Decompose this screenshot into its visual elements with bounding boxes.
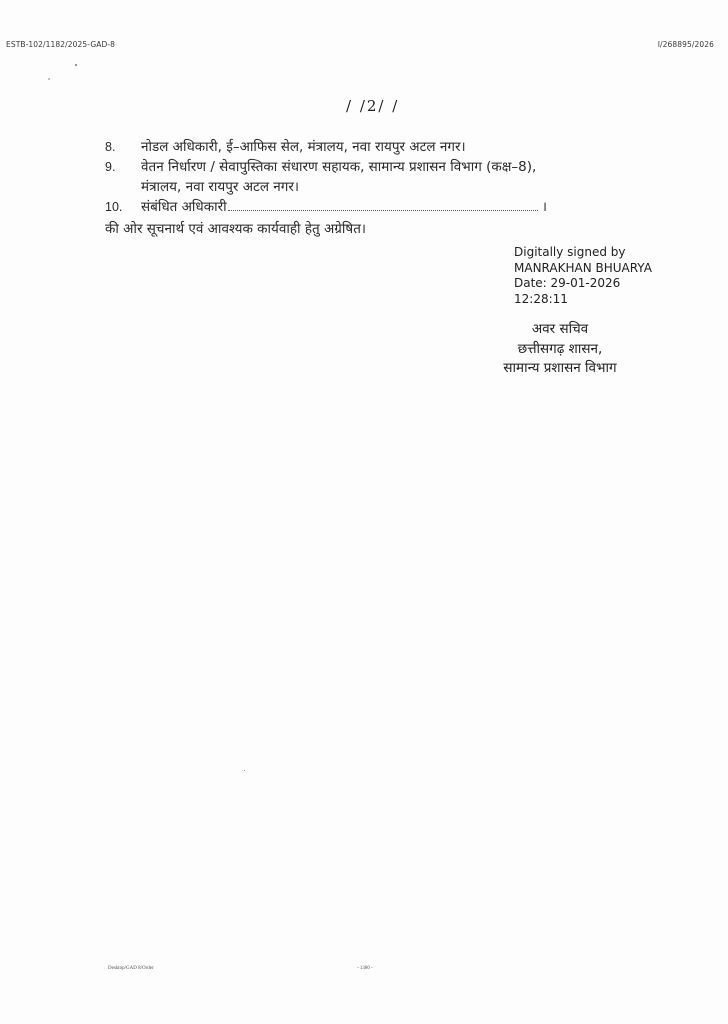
recipient-item-9: 9. वेतन निर्धारण / सेवापुस्तिका संधारण स… [105,157,665,197]
digital-signature: Digitally signed by MANRAKHAN BHUARYA Da… [514,245,652,307]
closing-line: की ओर सूचनार्थ एवं आवश्यक कार्यवाही हेतु… [105,219,366,239]
item-text: संबंधित अधिकारी । [141,197,665,217]
signatory-government: छत्तीसगढ़ शासन, [470,340,650,360]
signatory-designation: अवर सचिव [470,320,650,340]
scan-speck [244,770,245,771]
item-text: नोडल अधिकारी, ई–आफिस सेल, मंत्रालय, नवा … [141,137,665,157]
digital-signature-date: Date: 29-01-2026 [514,276,652,292]
digital-signature-time: 12:28:11 [514,292,652,308]
document-page: ESTB-102/1182/2025-GAD-8 I/268895/2026 /… [0,0,728,1024]
page-marker: / /2/ / [346,97,399,115]
item-text-label: संबंधित अधिकारी [141,199,227,215]
item-text: वेतन निर्धारण / सेवापुस्तिका संधारण सहाय… [141,157,665,197]
item-number: 10. [105,197,141,217]
signatory-department: सामान्य प्रशासन विभाग [470,359,650,379]
item-number: 9. [105,157,141,177]
item-text-line: वेतन निर्धारण / सेवापुस्तिका संधारण सहाय… [141,159,536,175]
file-number: ESTB-102/1182/2025-GAD-8 [6,40,115,49]
recipient-item-10: 10. संबंधित अधिकारी । [105,197,665,217]
scan-speck [48,78,50,80]
footer-path: Desktop/GAD 8/Order [108,966,154,971]
signatory-block: अवर सचिव छत्तीसगढ़ शासन, सामान्य प्रशासन… [470,320,650,379]
fill-in-dotted-line [228,198,538,211]
digital-signature-name: MANRAKHAN BHUARYA [514,261,652,277]
footer-page-code: - 1380 - [357,966,373,971]
scan-speck [75,64,77,66]
recipient-list: 8. नोडल अधिकारी, ई–आफिस सेल, मंत्रालय, न… [105,137,665,217]
digital-signature-label: Digitally signed by [514,245,652,261]
receipt-number: I/268895/2026 [658,40,714,49]
recipient-item-8: 8. नोडल अधिकारी, ई–आफिस सेल, मंत्रालय, न… [105,137,665,157]
item-text-suffix: । [542,199,547,215]
item-text-line: मंत्रालय, नवा रायपुर अटल नगर। [141,179,299,195]
item-number: 8. [105,137,141,157]
